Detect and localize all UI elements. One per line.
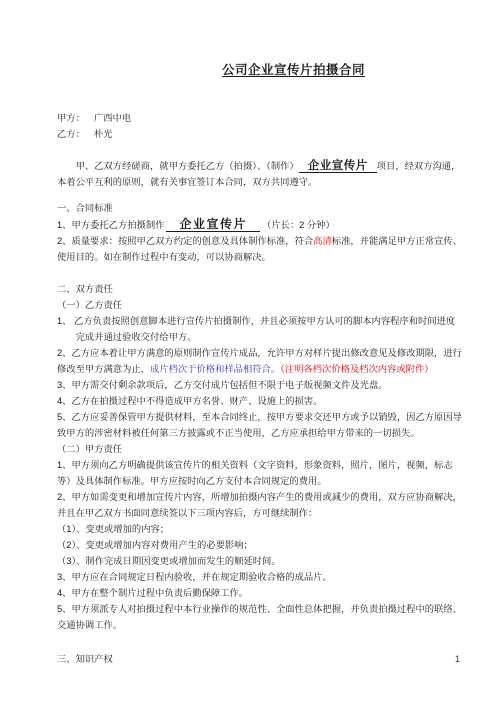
party-a-name: 广西中电: [94, 113, 131, 123]
s1-item1-post: （片长：2 分钟）: [262, 220, 335, 230]
s1-item1-pre: 1、甲方委托乙方拍摄制作: [57, 220, 164, 230]
party-a-label: 甲方：: [57, 113, 85, 123]
section-1-item-1: 1、甲方委托乙方拍摄制作企业宣传片（片长：2 分钟）: [57, 216, 462, 233]
party-b-duty-3: 3、甲方需交付剩余款项后，乙方交付成片包括但不限于电子版视频文件及光盘。: [57, 377, 462, 393]
party-a-duty-2-sub-3: （3）、制作完成日期因变更或增加而发生的顺延时间。: [57, 553, 462, 569]
party-b-line: 乙方：朴光: [57, 126, 462, 142]
intro-paragraph: 甲、乙双方经磋商，就甲方委托乙方（拍摄）、（制作）企业宣传片项目，经双方沟通，本…: [57, 158, 462, 190]
party-a-duty-1: 1、甲方须向乙方明确提供该宣传片的相关资料（文字资料，形象资料，照片，图片，视频…: [57, 457, 462, 489]
party-b-duty-2: 2、乙方应本着让甲方满意的原则制作宣传片成品，允许甲方对样片提出修改意见及修改期…: [57, 345, 462, 377]
party-a-duty-3: 3、甲方应在合同规定日程内验收，并在规定期验收合格的成品片。: [57, 569, 462, 585]
intro-project-blank: 企业宣传片: [299, 160, 377, 173]
section-2-heading: 二、双方责任: [57, 281, 462, 297]
section-3-heading: 三、知识产权: [57, 651, 462, 667]
intro-text-pre: 甲、乙双方经磋商，就甲方委托乙方（拍摄）、（制作）: [76, 161, 299, 171]
party-a-duty-2: 2、甲方如需变更和增加宣传片内容，所增加拍摄内容产生的费用或减少的费用，双方应协…: [57, 489, 462, 521]
party-a-duty-5: 5、甲方须派专人对拍摄过程中本行业操作的规范性、全面性总体把握，并负责拍摄过程中…: [57, 601, 462, 633]
section-1-heading: 一、合同标准: [57, 200, 462, 216]
b2-highlight-blue: 成片档次于价格和样品相符合。: [150, 364, 280, 374]
party-a-duties-heading: （二）甲方责任: [57, 441, 462, 457]
party-a-duty-2-sub-1: （1）、变更或增加的内容；: [57, 521, 462, 537]
section-1-item-2: 2、质量要求：按照甲乙双方约定的创意及具体制作标准，符合高清标准，并能满足甲方正…: [57, 233, 462, 265]
s1-item2-highlight-red: 高清: [313, 236, 332, 246]
s1-item2-pre: 2、质量要求：按照甲乙双方约定的创意及具体制作标准，符合: [57, 236, 313, 246]
party-b-duty-4: 4、乙方在拍摄过程中不得造成甲方名誉、财产、设施上的损害。: [57, 393, 462, 409]
party-b-label: 乙方：: [57, 129, 85, 139]
party-b-duties-heading: （一）乙方责任: [57, 297, 462, 313]
party-b-duty-5: 5、乙方应妥善保管甲方提供材料，至本合同终止，按甲方要求交还甲方或予以销毁，因乙…: [57, 409, 462, 441]
party-a-duty-2-sub-2: （2）、变更或增加内容对费用产生的必要影响；: [57, 537, 462, 553]
party-a-duty-4: 4、甲方在整个制片过程中负责后勤保障工作。: [57, 585, 462, 601]
page-number: 1: [455, 651, 460, 667]
party-b-name: 朴光: [94, 129, 113, 139]
contract-title: 公司企业宣传片拍摄合同: [57, 62, 462, 78]
party-a-line: 甲方：广西中电: [57, 110, 462, 126]
contract-title-text: 公司企业宣传片拍摄合同: [222, 63, 365, 77]
s1-item1-project-blank: 企业宣传片: [166, 217, 260, 232]
b2-highlight-red: （注明各档次价格及档次内容或附件）: [280, 364, 433, 374]
contract-page: 公司企业宣传片拍摄合同 甲方：广西中电 乙方：朴光 甲、乙双方经磋商，就甲方委托…: [0, 0, 500, 707]
party-b-duty-1: 1、 乙方负责按照创意脚本进行宣传片拍摄制作，并且必须按甲方认可的脚本内容程序和…: [57, 313, 462, 345]
